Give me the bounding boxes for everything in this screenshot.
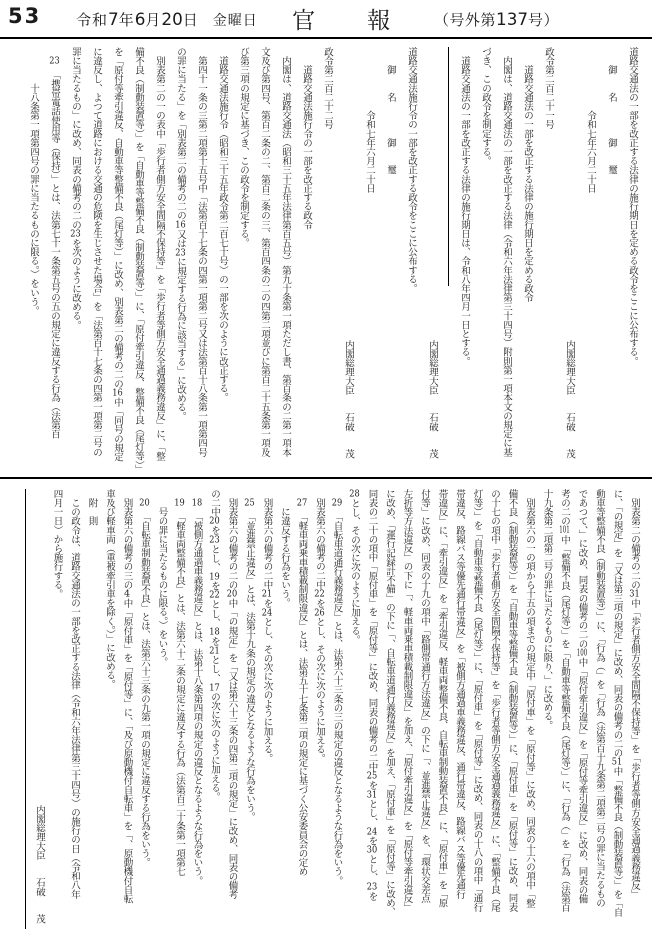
text-column: 四月一日）から施行する。	[48, 489, 66, 938]
text-column: に、「の規定」を「又は第三項の規定」に改め、同表の備考の二の51中「整備不良（制…	[608, 489, 626, 938]
text-column: 29 「自転車道通行義務違反」とは、法第六十三条の三の規定の違反となるような行為…	[328, 489, 346, 938]
text-column: 附 則	[83, 489, 101, 938]
signature-column: 内閣総理大臣 石破 茂	[559, 47, 580, 473]
text-column: 内閣は、道路交通法の一部を改正する法律（令和六年法律第三十四号）附則第一項本文の…	[496, 47, 517, 473]
text-column: 御 名 御 璽	[601, 47, 622, 473]
text-column: この政令は、道路交通法の一部を改正する法律（令和六年法律第三十四号）の施行の日（…	[66, 489, 84, 938]
signature-column: 内閣総理大臣 石破 茂	[31, 489, 49, 938]
text-column: 同表の二十の項中「原付車」を「原付等」に改め、同表の備考の二中25を31とし、2…	[363, 489, 381, 938]
text-column: づき、この政令を制定する。	[475, 47, 496, 473]
text-column: に違反し、よつて道路における交通の危険を生じさせた場合」を「法第百十七条の四第一…	[86, 47, 107, 473]
text-column: であつて、」に改め、同表の備考の二の100中「原付牽引違反」を「原付等牽引違反」…	[573, 489, 591, 938]
weekday-text: 金曜日	[213, 13, 258, 29]
text-column: 別表第六の備考の二の20中「の規定」を「又は第六十三条の四第二項の規定」に改め、…	[223, 489, 241, 938]
gazette-bottom-section: 別表第二の備考の二の31中「歩行者側方安全間隔不保持等」を「歩行者等側方安全通過…	[0, 481, 652, 942]
text-column: 文及び第四号、第百二条の二、第百二条の三、第百四条の二の四第二項並びに第百二十五…	[254, 47, 275, 473]
gazette-top-section: 道路交通法の一部を改正する法律の施行期日を定める政令をここに公布する。 御 名 …	[0, 39, 652, 479]
text-column: 道路交通法施行令の一部を改正する政令をここに公布する。	[401, 47, 422, 473]
text-column: を「原付等牽引違反、自動車等整備不良（尾灯等）」に改め、別表第二の備考の二の16…	[107, 47, 128, 473]
text-column: 付等」に改め、同表の十九の項中「路側帯通行方法違反」の下に「、並進禁止違反」を、…	[416, 489, 434, 938]
signature-column: 内閣総理大臣 石破 茂	[338, 47, 359, 473]
text-column: 考の二の101中「整備不良（尾灯等）」を「自動車等整備不良（尾灯等）」に、「行為…	[556, 489, 574, 938]
text-column: 第四十一条の三第二項第十五号中「法第百十七条の四第一項第二号又は法第百十八条第一…	[191, 47, 212, 473]
text-column: 内閣は、道路交通法（昭和三十五年法律第百五号）第九十条第一項ただし書、第百条の二…	[275, 47, 296, 473]
text-column: び第三項の規定に基づき、この政令を制定する。	[233, 47, 254, 473]
text-column: 号の罪に当たるものに限る。）をいう。	[153, 489, 171, 938]
text-column: 別表第二の備考の二の31中「歩行者側方安全間隔不保持等」を「歩行者等側方安全通過…	[626, 489, 644, 938]
page-header: 53 令和7年6月20日金曜日 官 報 （号外第137号）	[0, 0, 652, 39]
text-column: 十九条第二項第二号の罪に当たるものに限り、」に改める。	[538, 489, 556, 938]
article-divider-rule	[448, 47, 449, 286]
text-column: 道路交通法施行令（昭和三十五年政令第二百七十号）の一部を次のように改正する。	[212, 47, 233, 473]
text-column: に違反する行為をいう。	[276, 489, 294, 938]
text-column: に改め、「運行記録計不備」の下に「、自転車道通行義務違反」を加え、「原付車」を「…	[381, 489, 399, 938]
text-column: 十八条第一項第四号の罪に当たるものに限る。）をいう。	[23, 47, 44, 473]
text-column: 道路交通法の一部を改正する法律の施行期日は、令和八年四月一日とする。	[454, 47, 475, 473]
text-column: 別表第六の備考の二中21を24とし、その次に次のように加える。	[258, 489, 276, 938]
text-column: 車及び軽車両（重被牽引車を除く。）」に改める。	[101, 489, 119, 938]
signature-column: 内閣総理大臣 石破 茂	[422, 47, 443, 473]
text-column: の罪に当たる」を「別表第二の備考の二の16又は23に規定する行為に該当する」に改…	[170, 47, 191, 473]
text-column: 27 「軽車両乗車積載制限違反」とは、法第五十七条第二項の規定に基づく公安委員会…	[293, 489, 311, 938]
text-column: 左折等方法違反」の下に「、軽車両乗車積載制限違反」を加え、「原付牽引違反」を「原…	[398, 489, 416, 938]
issue-number: （号外第137号）	[434, 9, 559, 30]
text-column: 18 「被側方通過車義務違反」とは、法第十八条第四項の規定の違反となるような行為…	[188, 489, 206, 938]
text-column: 25 「並進禁止違反」とは、法第十九条の規定の違反となるような行為をいう。	[241, 489, 259, 938]
text-column: 別表第二の一の表中「歩行者側方安全間隔不保持等」を「歩行者等側方安全通過義務違反…	[149, 47, 170, 473]
text-column: 20 「自転車制動装置不良」とは、法第六十三条の九第一項の規定に違反する行為をい…	[136, 489, 154, 938]
text-column: 別表第六の一の項から十五の項までの規定中「原付車」を「原付等」に改め、同表の十六…	[521, 489, 539, 938]
text-column: の二中20を23とし、19を22とし、18を21とし、17の次に次のように加える…	[206, 489, 224, 938]
text-column: 備不良（制動装置等）」を「自動車等整備不良（制動装置等）」に、「原付牽引違反、整…	[128, 47, 149, 473]
text-column: の十七の項中「歩行者側方安全間隔不保持等」を「歩行者等側方安全通過義務違反」に、…	[486, 489, 504, 938]
text-column: 灯等）」を「自動車等整備不良（尾灯等）」に、「原付車」を「原付等」に改め、同表の…	[468, 489, 486, 938]
text-column: 道路交通法施行令の一部を改正する政令	[296, 47, 317, 473]
text-column: 28とし、その次に次のように加える。	[346, 489, 364, 938]
article-divider-rule	[25, 489, 26, 929]
text-column: 令和七年六月二十日	[580, 47, 601, 473]
text-column: 罪に当たるもの」に改め、同表の備考の二の23を次のように改める。	[65, 47, 86, 473]
issue-date: 令和7年6月20日金曜日	[76, 9, 258, 30]
text-column: 19 「軽車両整備不良」とは、法第六十二条の規定に違反する行為（法第百二十条第一…	[171, 489, 189, 938]
text-column: 別表第六の備考の二中22を26とし、その次に次のように加える。	[311, 489, 329, 938]
text-column: 帯違反」に、「牽引違反」を「牽引違反、軽車両整備不良、自転車制動装置不良」に、「…	[433, 489, 451, 938]
text-column: 御 名 御 璽	[380, 47, 401, 473]
text-column: 帯違反、路線バス等優先通行帯違反」を「被側方通過車義務違反、通行帯違反、路線バス…	[451, 489, 469, 938]
text-column: 備不良（制動装置等）」を「自動車等整備不良（制動装置等）」に、「原付車」を「原付…	[503, 489, 521, 938]
text-column: 道路交通法の一部を改正する法律の施行期日を定める政令	[517, 47, 538, 473]
text-column: 動車等整備不良（制動装置等）」に、「行為（」を「行為（法第百十九条第二項第二号の…	[591, 489, 609, 938]
text-column: 道路交通法の一部を改正する法律の施行期日を定める政令をここに公布する。	[622, 47, 643, 473]
gazette-page: 53 令和7年6月20日金曜日 官 報 （号外第137号） 道路交通法の一部を改…	[0, 0, 652, 942]
text-column: 令和七年六月二十日	[359, 47, 380, 473]
gazette-title: 官 報	[292, 2, 392, 35]
text-column: 政令第二百二十一号	[538, 47, 559, 473]
text-column: 政令第二百二十二号	[317, 47, 338, 473]
text-column: 23 「携帯電話使用等（保持）」とは、法第七十一条第五号の五の規定に違反する行為…	[44, 47, 65, 473]
text-column: 別表第六の備考の三の4中「原付車」を「原付等」に、「及び原動機付自転車」を「、原…	[118, 489, 136, 938]
date-text: 令和7年6月20日	[76, 11, 199, 29]
page-number: 53	[8, 4, 41, 28]
